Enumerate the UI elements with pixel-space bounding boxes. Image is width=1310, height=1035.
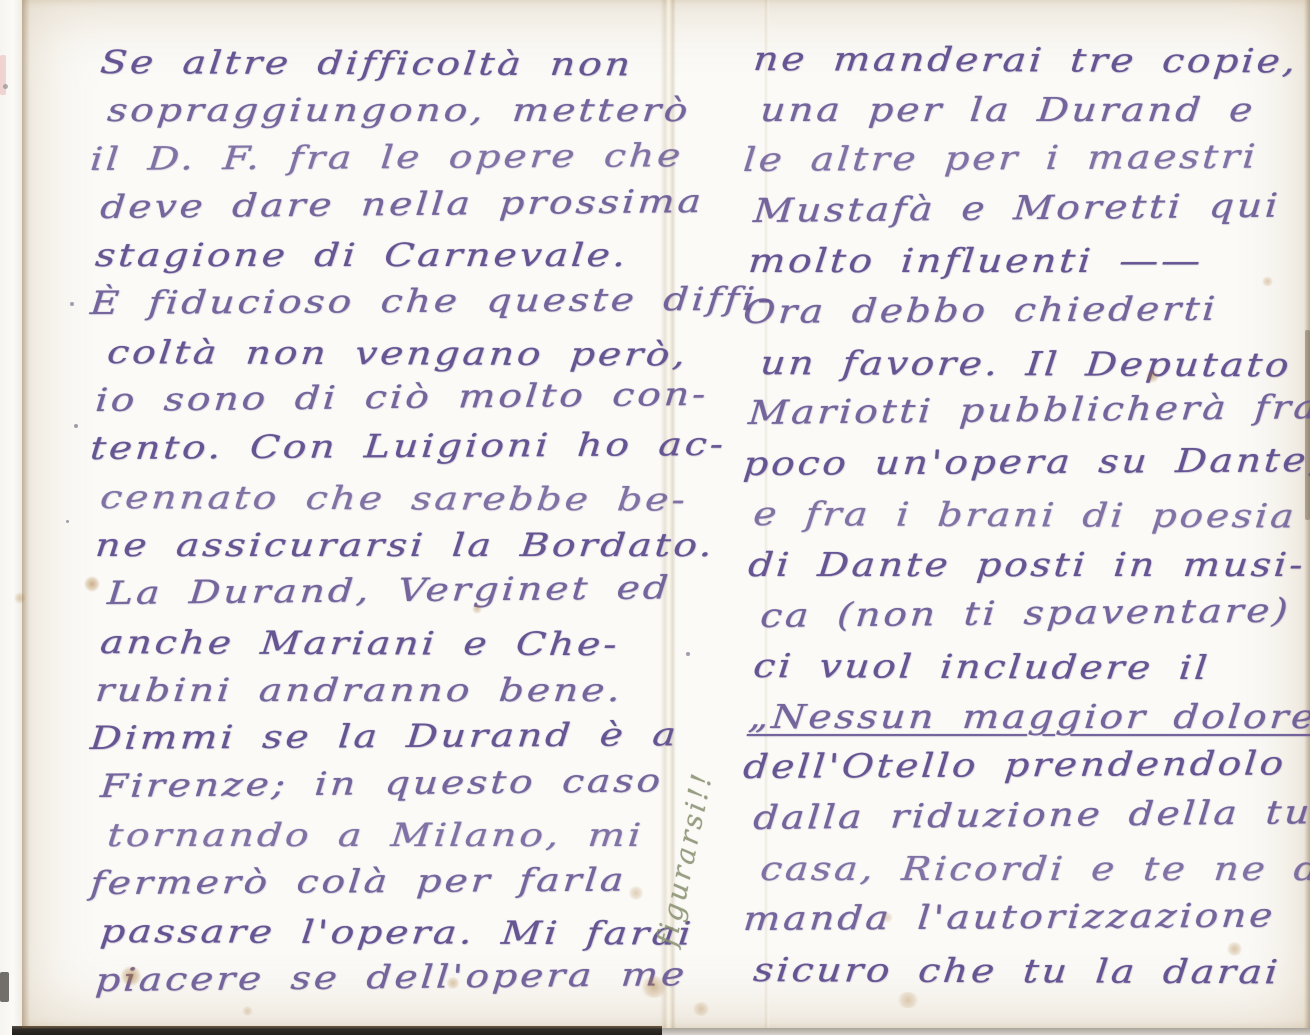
- scanner-edge-smudge: [0, 55, 6, 95]
- stain: [896, 992, 920, 1008]
- stain: [882, 912, 893, 923]
- stain: [14, 592, 26, 604]
- handwriting-line: ca (non ti spaventare): [759, 583, 1310, 641]
- handwriting-line: fermerò colà per farla: [88, 854, 842, 907]
- handwriting-line: È fiducioso che queste diffi-: [88, 275, 842, 328]
- handwriting-line: manda l'autorizzazione: [741, 889, 1310, 944]
- scanner-edge-dot: [3, 84, 8, 89]
- handwriting-line: molto influenti ——: [746, 236, 1310, 287]
- handwriting-line: una per la Durand e: [758, 85, 1310, 136]
- letter-scan: Se altre difficoltà non sopraggiungono, …: [0, 0, 1310, 1035]
- handwriting-line: ci vuol includere il: [751, 641, 1310, 695]
- handwriting-line: Se altre difficoltà non: [98, 38, 840, 89]
- right-page: ne manderai tre copie, una per la Durand…: [748, 34, 1310, 995]
- handwriting-line: sicuro che tu la darai: [751, 945, 1310, 999]
- stain: [1226, 942, 1243, 956]
- handwriting-line: Mariotti pubblicherà fra: [747, 381, 1310, 439]
- stain: [628, 886, 644, 900]
- stain: [446, 977, 460, 989]
- ink-speck: [70, 302, 74, 306]
- handwriting-line: Dimmi se la Durand è a: [88, 709, 842, 762]
- scanner-strip-bottom-light: [662, 1028, 1310, 1035]
- left-page: Se altre difficoltà non sopraggiungono, …: [95, 38, 705, 1004]
- handwriting-line: tornando a Milano, mi: [105, 811, 839, 859]
- ink-speck: [686, 652, 690, 656]
- stain: [84, 576, 100, 592]
- handwriting-line: casa, Ricordi e te ne do-: [758, 844, 1310, 895]
- ink-speck: [66, 520, 69, 523]
- handwriting-line: cennato che sarebbe be-: [98, 473, 840, 524]
- handwriting-line: rubini andranno bene.: [93, 666, 841, 714]
- handwriting-line: di Dante posti in musi-: [746, 540, 1310, 591]
- handwriting-line: ne manderai tre copie,: [751, 34, 1310, 88]
- scanner-edge-mark-bottom: [0, 972, 9, 1002]
- handwriting-line: stagione di Carnevale.: [93, 231, 841, 279]
- handwriting-line: Firenze; in questo caso: [99, 755, 841, 811]
- handwriting-line: dell'Otello prendendolo: [741, 738, 1310, 793]
- handwriting-line: tento. Con Luigioni ho ac-: [88, 420, 842, 473]
- handwriting-line: io sono di ciò molto con-: [94, 369, 842, 425]
- stain: [1146, 370, 1159, 383]
- ink-speck: [74, 424, 78, 428]
- stain: [472, 604, 482, 614]
- handwriting-line: Ora debbo chiederti: [741, 282, 1310, 337]
- handwriting-line: dalla riduzione della tua: [752, 786, 1310, 844]
- stain: [692, 1002, 710, 1016]
- handwriting-line: deve dare nella prossima: [99, 176, 841, 232]
- stain: [242, 1006, 253, 1016]
- handwriting-line: e fra i brani di poesia: [751, 489, 1310, 543]
- stain: [640, 976, 668, 998]
- handwriting-line: il D. F. fra le opere che: [88, 130, 842, 183]
- scanner-strip-left: [0, 0, 22, 1035]
- stain: [120, 966, 142, 986]
- handwriting-line-underlined: „Nessun maggior dolore„: [746, 692, 1310, 743]
- handwriting-line: sopraggiungono, metterò: [105, 86, 839, 134]
- handwriting-line: poco un'opera su Dante,: [741, 434, 1310, 489]
- handwriting-line: le altre per i maestri: [741, 130, 1310, 185]
- handwriting-line: anche Mariani e Che-: [98, 618, 840, 669]
- stain: [1262, 276, 1273, 287]
- handwriting-line: piacere se dell'opera me: [94, 948, 842, 1004]
- handwriting-line: Mustafà e Moretti qui: [752, 179, 1310, 237]
